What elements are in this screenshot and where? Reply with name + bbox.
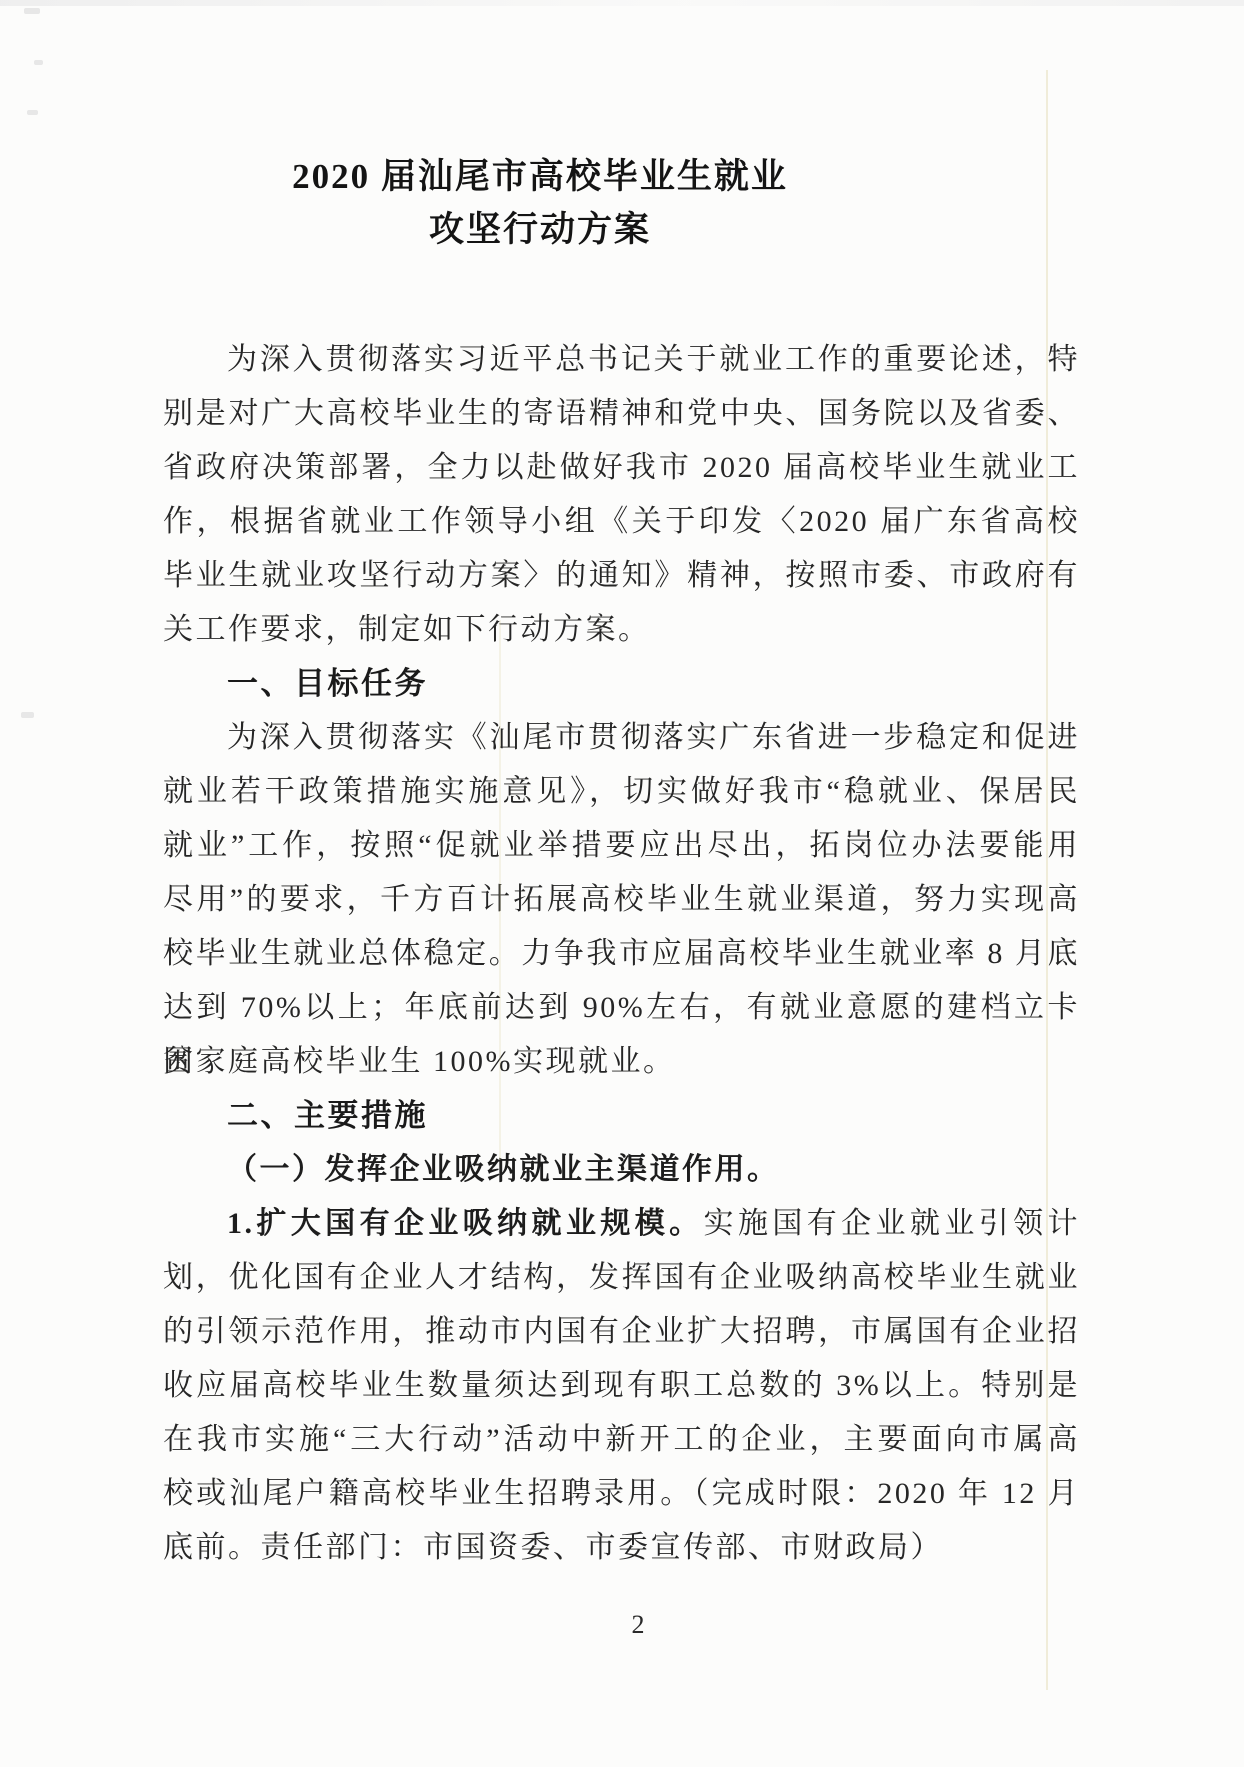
scan-crease-artifact xyxy=(1046,70,1048,1690)
scan-speck-artifact xyxy=(27,110,38,115)
measure-1-lead: 1.扩大国有企业吸纳就业规模。 xyxy=(227,1207,704,1240)
scanned-document-page: 2020 届汕尾市高校毕业生就业 攻坚行动方案 为深入贯彻落实习近平总书记关于就… xyxy=(0,0,1244,1767)
body-line: 困家庭高校毕业生 100%实现就业。 xyxy=(163,1035,1080,1089)
body-line: 为深入贯彻落实《汕尾市贯彻落实广东省进一步稳定和促进 xyxy=(163,711,1080,765)
sub-heading-1: （一）发挥企业吸纳就业主渠道作用。 xyxy=(163,1143,1080,1197)
body-line: 省政府决策部署，全力以赴做好我市 2020 届高校毕业生就业工 xyxy=(163,441,1080,495)
body-line: 尽用”的要求，千方百计拓展高校毕业生就业渠道，努力实现高 xyxy=(163,873,1080,927)
body-line: 关工作要求，制定如下行动方案。 xyxy=(163,603,1080,657)
body-line: 的引领示范作用，推动市内国有企业扩大招聘，市属国有企业招 xyxy=(163,1305,1080,1359)
body-line: 就业若干政策措施实施意见》，切实做好我市“稳就业、保居民 xyxy=(163,765,1080,819)
body-line: 校毕业生就业总体稳定。力争我市应届高校毕业生就业率 8 月底 xyxy=(163,927,1080,981)
title-line-2: 攻坚行动方案 xyxy=(165,203,915,256)
title-line-1: 2020 届汕尾市高校毕业生就业 xyxy=(165,150,915,203)
body-line: 就业”工作，按照“促就业举措要应出尽出，拓岗位办法要能用 xyxy=(163,819,1080,873)
scan-speck-artifact xyxy=(24,8,40,14)
measure-1-text: 实施国有企业就业引领计 xyxy=(704,1207,1080,1240)
body-line-mixed: 1.扩大国有企业吸纳就业规模。实施国有企业就业引领计 xyxy=(163,1197,1080,1251)
body-line: 毕业生就业攻坚行动方案〉的通知》精神，按照市委、市政府有 xyxy=(163,549,1080,603)
body-line: 达到 70%以上；年底前达到 90%左右，有就业意愿的建档立卡贫 xyxy=(163,981,1080,1035)
document-body: 为深入贯彻落实习近平总书记关于就业工作的重要论述，特 别是对广大高校毕业生的寄语… xyxy=(163,333,1080,1575)
section-heading-1: 一、目标任务 xyxy=(163,657,1080,711)
body-line: 为深入贯彻落实习近平总书记关于就业工作的重要论述，特 xyxy=(163,333,1080,387)
body-line: 作，根据省就业工作领导小组《关于印发〈2020 届广东省高校 xyxy=(163,495,1080,549)
scan-crease-artifact xyxy=(499,620,501,1160)
scan-speck-artifact xyxy=(34,60,43,65)
scan-speck-artifact xyxy=(21,712,34,718)
page-number: 2 xyxy=(614,1610,662,1640)
body-line: 别是对广大高校毕业生的寄语精神和党中央、国务院以及省委、 xyxy=(163,387,1080,441)
section-heading-2: 二、主要措施 xyxy=(163,1089,1080,1143)
body-line: 收应届高校毕业生数量须达到现有职工总数的 3%以上。特别是 xyxy=(163,1359,1080,1413)
body-line: 底前。责任部门：市国资委、市委宣传部、市财政局） xyxy=(163,1521,1080,1575)
body-line: 在我市实施“三大行动”活动中新开工的企业，主要面向市属高 xyxy=(163,1413,1080,1467)
body-line: 划，优化国有企业人才结构，发挥国有企业吸纳高校毕业生就业 xyxy=(163,1251,1080,1305)
document-title: 2020 届汕尾市高校毕业生就业 攻坚行动方案 xyxy=(165,150,915,256)
body-line: 校或汕尾户籍高校毕业生招聘录用。（完成时限：2020 年 12 月 xyxy=(163,1467,1080,1521)
